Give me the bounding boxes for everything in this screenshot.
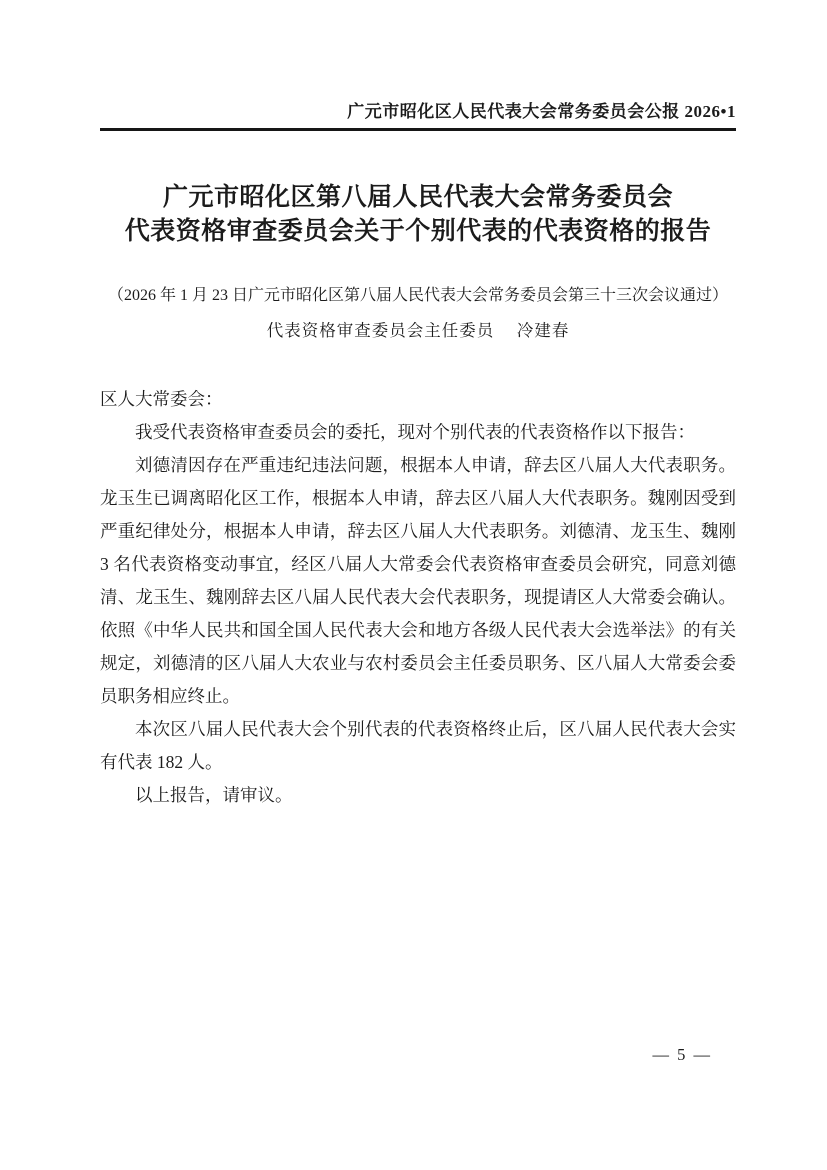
- resignation-details-paragraph: 刘德清因存在严重违纪违法问题，根据本人申请，辞去区八届人大代表职务。龙玉生已调离…: [100, 449, 736, 713]
- document-title-line2: 代表资格审查委员会关于个别代表的代表资格的报告: [100, 215, 736, 249]
- salutation-paragraph: 区人大常委会：: [100, 383, 736, 416]
- intro-paragraph: 我受代表资格审查委员会的委托，现对个别代表的代表资格作以下报告：: [100, 416, 736, 449]
- adoption-meta-line: （2026 年 1 月 23 日广元市昭化区第八届人民代表大会常务委员会第三十三…: [100, 286, 736, 306]
- remaining-delegates-paragraph: 本次区八届人民代表大会个别代表的代表资格终止后，区八届人民代表大会实有代表 18…: [100, 713, 736, 779]
- closing-paragraph: 以上报告，请审议。: [100, 779, 736, 812]
- document-title: 广元市昭化区第八届人民代表大会常务委员会 代表资格审查委员会关于个别代表的代表资…: [100, 181, 736, 249]
- reporter-signature-line: 代表资格审查委员会主任委员 冷建春: [100, 321, 736, 341]
- document-title-line1: 广元市昭化区第八届人民代表大会常务委员会: [100, 181, 736, 215]
- header-rule: [100, 128, 736, 131]
- report-body: 区人大常委会： 我受代表资格审查委员会的委托，现对个别代表的代表资格作以下报告：…: [100, 383, 736, 812]
- page-number: — 5 —: [100, 1044, 712, 1066]
- document-page: 广元市昭化区人民代表大会常务委员会公报 2026•1 广元市昭化区第八届人民代表…: [0, 0, 827, 1170]
- bulletin-masthead: 广元市昭化区人民代表大会常务委员会公报 2026•1: [100, 0, 736, 128]
- page-content: 广元市昭化区人民代表大会常务委员会公报 2026•1 广元市昭化区第八届人民代表…: [100, 0, 736, 812]
